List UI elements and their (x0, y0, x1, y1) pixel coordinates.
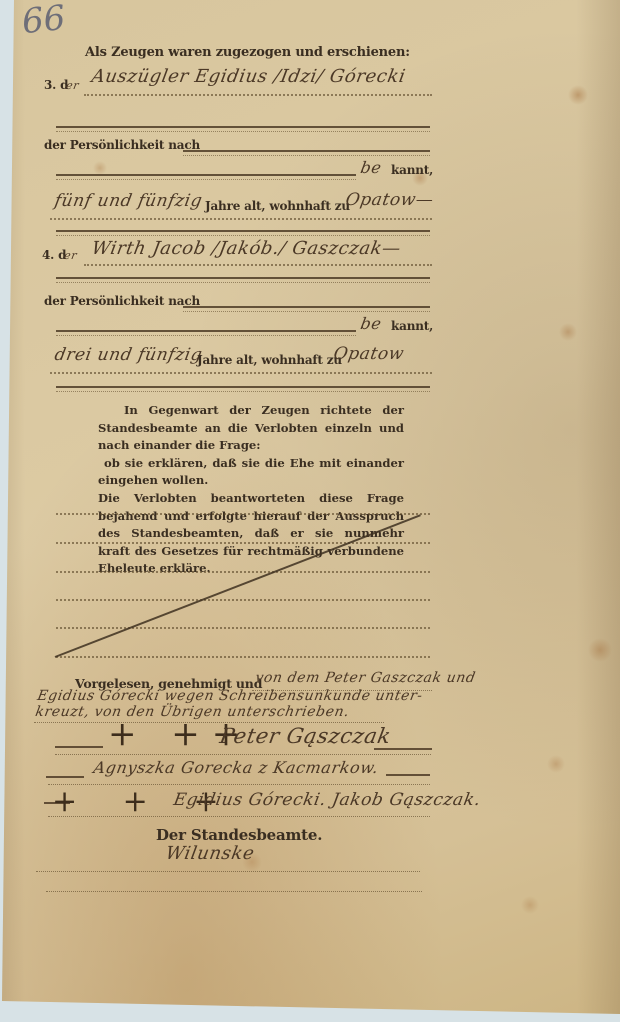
ruled-line (56, 599, 430, 601)
declaration-line-1: In Gegenwart der Zeugen richtete der Sta… (98, 402, 404, 455)
declaration-paragraph: In Gegenwart der Zeugen richtete der Sta… (98, 402, 404, 578)
declaration-line-2: ob sie erklären, daß sie die Ehe mit ein… (98, 455, 404, 490)
witness4-prefix-ending-handwriting: er (63, 249, 78, 262)
witness4-known-handwriting: be (359, 314, 383, 333)
ruled-line (183, 150, 430, 156)
ruled-line (56, 627, 430, 629)
ruled-line (56, 330, 356, 336)
signature-trail-dash (374, 748, 432, 750)
signature-lead-dash (46, 776, 84, 778)
witness3-name-handwriting: Auszügler Egidius /Idzi/ Górecki (90, 66, 407, 87)
ruled-line (46, 891, 422, 892)
witness4-known-suffix: kannt, (391, 319, 433, 333)
witness3-known-suffix: kannt, (391, 163, 433, 177)
registrar-title: Der Standesbeamte. (156, 826, 322, 844)
witness4-age-handwriting: drei und fünfzig (53, 345, 204, 365)
declaration-line-3: Die Verlobten beantworteten diese Frage … (98, 490, 404, 578)
witness4-residence-handwriting: Opatow (332, 344, 406, 364)
ruled-line (56, 126, 430, 132)
closing-handwriting-line-2: Egidius Górecki wegen Schreibensunkunde … (36, 688, 424, 704)
signature-name-3: Egidius Górecki. Jakob Gąszczak. (172, 790, 482, 810)
ruled-line (56, 174, 356, 180)
ruled-line (50, 218, 432, 220)
witness-section-header: Als Zeugen waren zugezogen und erschiene… (85, 45, 410, 60)
witness4-identity-label: der Persönlichkeit nach (44, 294, 200, 308)
witness3-age-handwriting: fünf und fünfzig (53, 191, 204, 211)
signature-lead-dash (55, 746, 103, 748)
ruled-line (55, 754, 431, 755)
ruled-line (56, 277, 430, 283)
page-number: 66 (20, 0, 67, 42)
ruled-line (56, 542, 430, 544)
ruled-line (36, 871, 420, 872)
witness4-age-label: Jahre alt, wohnhaft zu (197, 353, 342, 367)
witness3-known-handwriting: be (359, 158, 383, 177)
witness3-age-label: Jahre alt, wohnhaft zu (205, 199, 350, 213)
witness3-residence-handwriting: Opatow— (344, 190, 435, 210)
ruled-line (84, 94, 432, 96)
ruled-line (84, 264, 432, 266)
ruled-line (56, 656, 430, 658)
signature-trail-dash (386, 774, 430, 776)
scanned-registry-page: 66 Als Zeugen waren zugezogen und erschi… (0, 0, 620, 1022)
closing-handwriting-line-1: von dem Peter Gaszczak und (254, 670, 477, 686)
registrar-signature-handwriting: Wilunske (164, 843, 256, 864)
ruled-line (56, 571, 430, 573)
witness3-identity-label: der Persönlichkeit nach (44, 138, 200, 152)
ruled-line (56, 386, 430, 392)
ruled-line (183, 306, 430, 312)
ruled-line (48, 816, 430, 817)
signature-name-1: Peter Gąszczak (218, 724, 393, 748)
ruled-line (56, 230, 430, 236)
ruled-line (50, 372, 432, 374)
signature-name-2: Agnyszka Gorecka z Kacmarkow. (92, 758, 380, 777)
witness4-name-handwriting: Wirth Jacob /Jakób./ Gaszczak— (90, 238, 403, 259)
ruled-line (56, 513, 430, 515)
witness3-prefix-ending-handwriting: er (65, 79, 80, 92)
